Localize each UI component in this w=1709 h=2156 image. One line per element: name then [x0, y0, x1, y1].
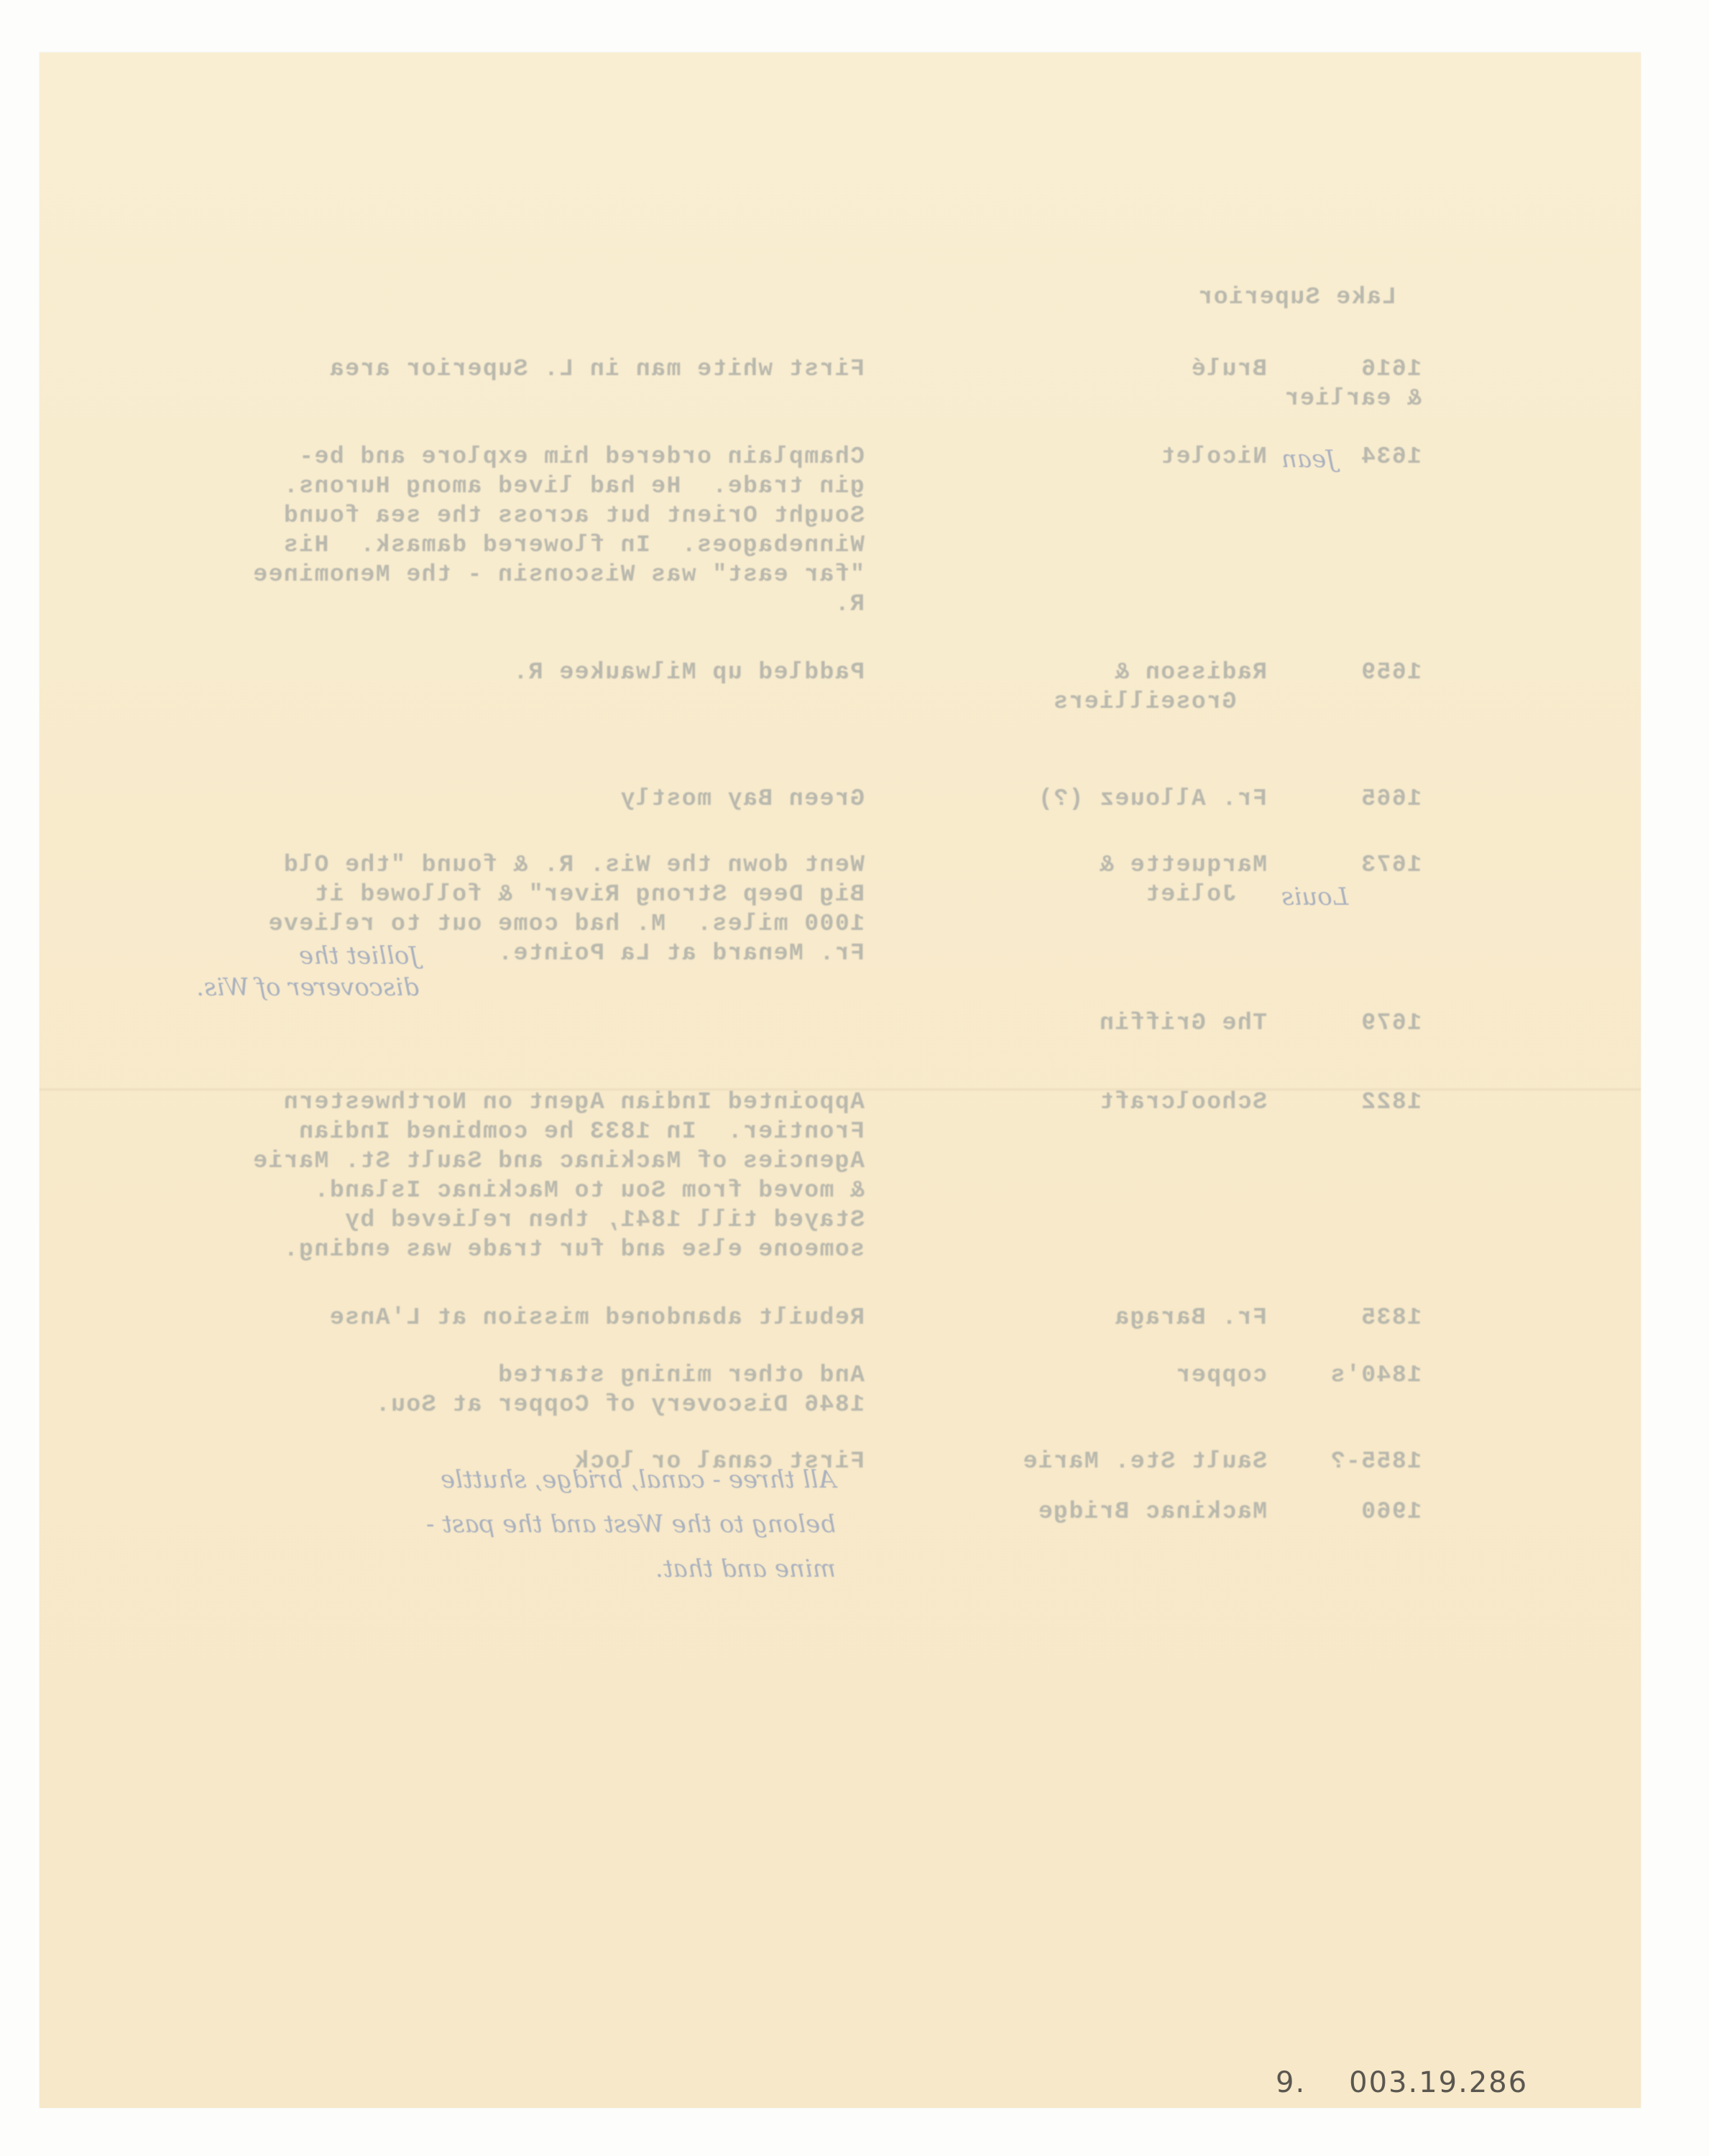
entry-year: 1659: [1360, 658, 1422, 687]
entry-year: 1673: [1360, 850, 1422, 880]
entry-description: First white man in L. Superior area: [328, 354, 865, 384]
entry-description: Green Bay mostly: [619, 784, 865, 814]
entry-year: 1679: [1360, 1008, 1422, 1038]
document-page: Lake Superior 1616 & earlierBruléFirst w…: [40, 52, 1641, 2108]
entry-description: Champlain ordered him explore and be- gi…: [252, 442, 865, 619]
entry-year: 1960: [1360, 1497, 1422, 1526]
entry-description: Appointed Indian Agent on Northwestern F…: [252, 1087, 865, 1264]
entry-subject: Radisson & Groseilliers: [1053, 658, 1267, 717]
entry-subject: Mackinac Bridge: [1037, 1497, 1267, 1526]
entry-subject: The Griffin: [1099, 1008, 1267, 1038]
accession-number: 9.003.19.286: [1276, 2066, 1528, 2099]
entry-year: 1835: [1360, 1303, 1422, 1332]
entry-subject: Fr. Baraga: [1114, 1303, 1267, 1332]
entry-year: 1840's: [1330, 1360, 1422, 1390]
entry-year: 1634: [1360, 442, 1422, 471]
handwritten-note: All three - canal, bridge, shuttle belon…: [426, 1457, 836, 1591]
page-number: 9.: [1276, 2066, 1306, 2099]
entry-subject: Marquette & Joliet: [1099, 850, 1267, 909]
entry-description: Paddled up Milwaukee R.: [512, 658, 865, 687]
entry-year: 1665: [1360, 784, 1422, 814]
handwritten-annotation: Jean: [1281, 445, 1336, 474]
mirrored-show-through: Lake Superior 1616 & earlierBruléFirst w…: [40, 52, 1641, 2108]
entry-year: 1822: [1360, 1087, 1422, 1117]
catalog-number: 003.19.286: [1349, 2066, 1528, 2099]
entry-subject: Schoolcraft: [1099, 1087, 1267, 1117]
document-title: Lake Superior: [1197, 282, 1396, 312]
handwritten-annotation: Louis: [1281, 883, 1348, 911]
handwritten-annotation: Jolliet the discoverer of Wis.: [196, 940, 419, 1003]
entry-subject: Sault Ste. Marie: [1022, 1447, 1267, 1476]
entry-year: 1855-?: [1330, 1447, 1422, 1476]
entry-description: Rebuilt abandoned mission at L'Anse: [328, 1303, 865, 1332]
entry-description: And other mining started 1846 Discovery …: [374, 1360, 865, 1419]
entry-subject: copper: [1175, 1360, 1267, 1390]
entry-subject: Brulé: [1190, 354, 1267, 384]
entry-year: 1616 & earlier: [1284, 354, 1422, 413]
entry-subject: Fr. Allouez (?): [1037, 784, 1267, 814]
entry-subject: Nicolet: [1160, 442, 1267, 471]
